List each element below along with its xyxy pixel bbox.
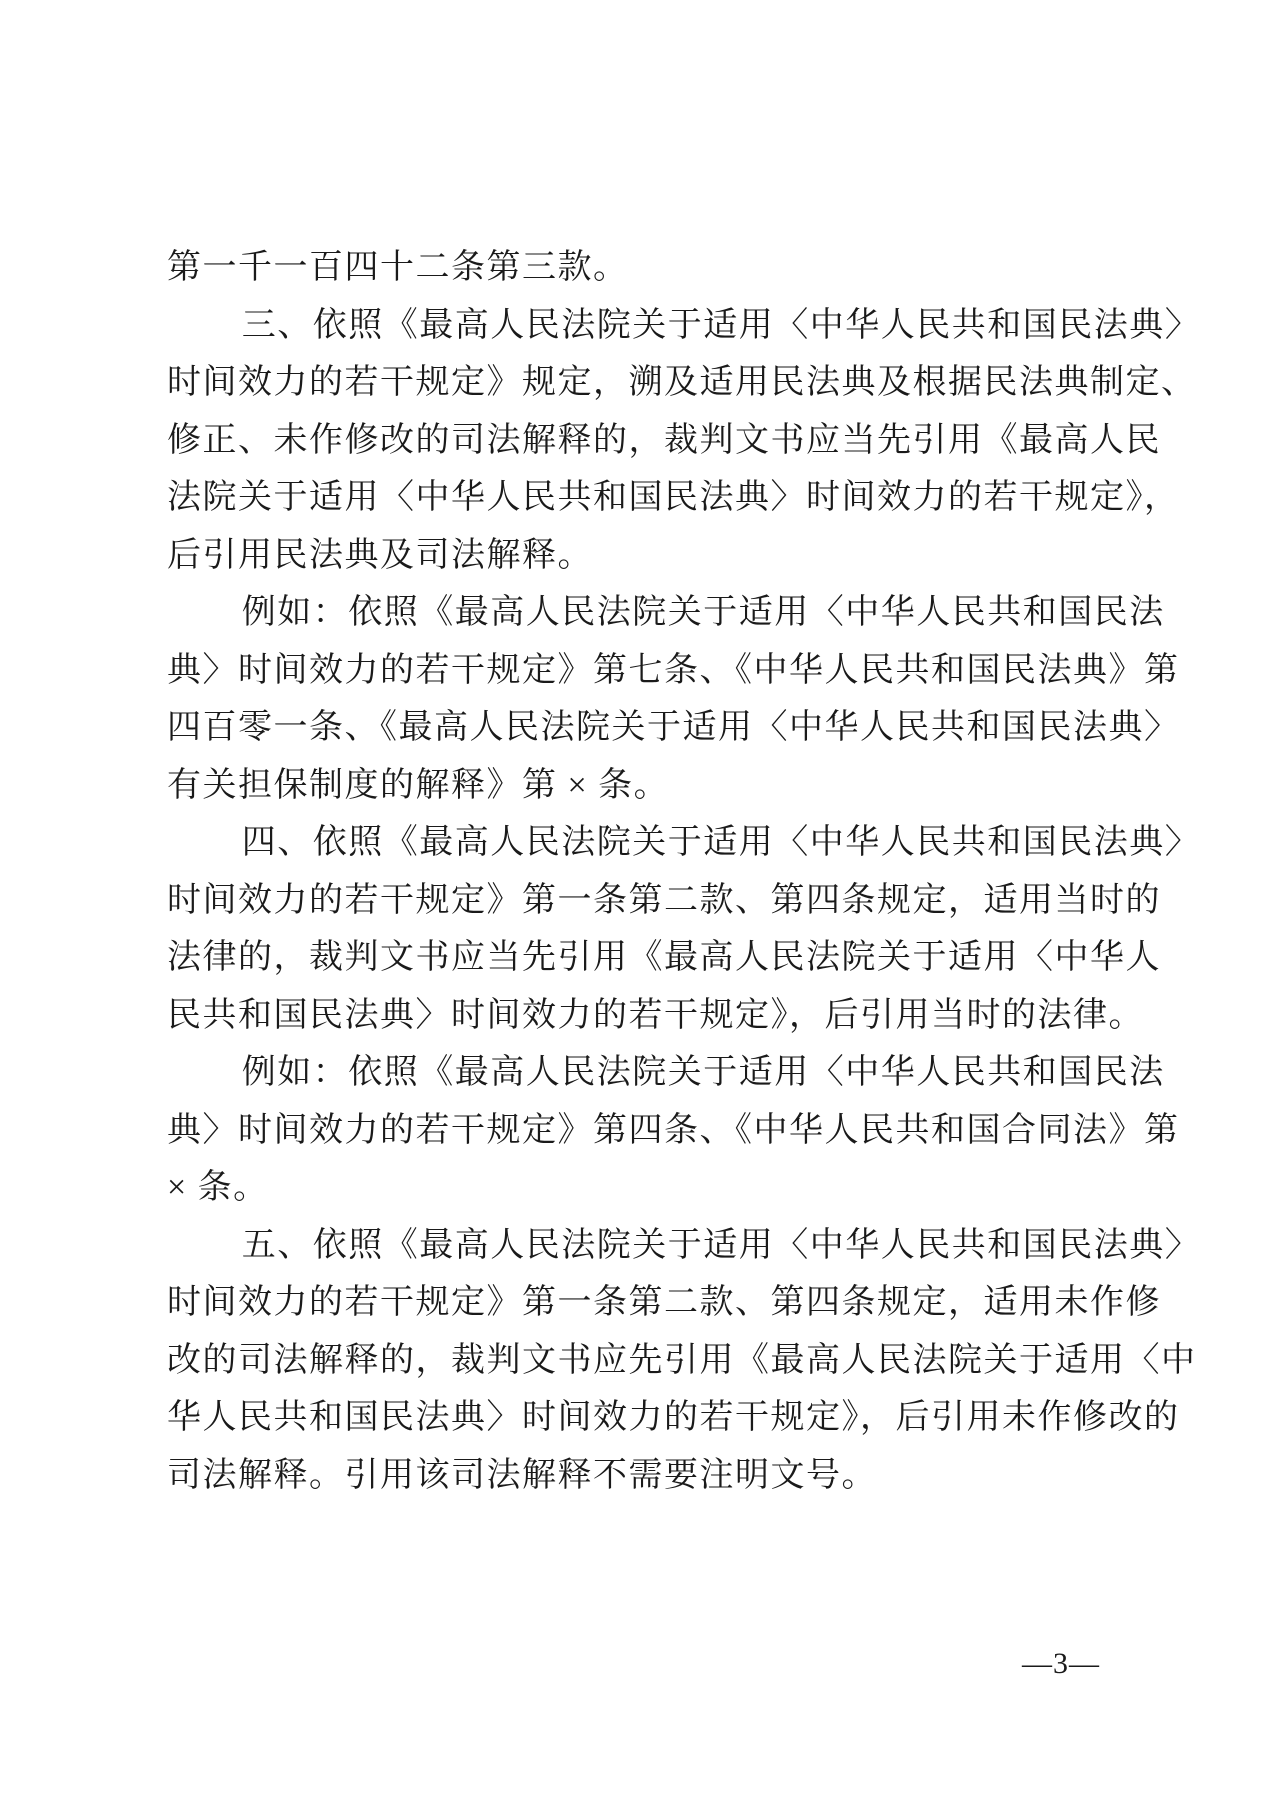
text-line: 华人民共和国民法典〉时间效力的若干规定》，后引用未作修改的 [167,1389,1115,1447]
text-line: 时间效力的若干规定》第一条第二款、第四条规定，适用当时的 [167,872,1115,930]
body-text-block: 第一千一百四十二条第三款。 三、依照《最高人民法院关于适用〈中华人民共和国民法典… [167,239,1115,1504]
text-line: 法院关于适用〈中华人民共和国民法典〉时间效力的若干规定》， [167,469,1115,527]
text-line: 典〉时间效力的若干规定》第四条、《中华人民共和国合同法》第 [167,1102,1115,1160]
text-line: 例如：依照《最高人民法院关于适用〈中华人民共和国民法 [167,584,1115,642]
text-line: 三、依照《最高人民法院关于适用〈中华人民共和国民法典〉 [167,297,1115,355]
text-line: 修正、未作修改的司法解释的，裁判文书应当先引用《最高人民 [167,412,1115,470]
text-line: 第一千一百四十二条第三款。 [167,239,1115,297]
text-line: 例如：依照《最高人民法院关于适用〈中华人民共和国民法 [167,1044,1115,1102]
text-line: 五、依照《最高人民法院关于适用〈中华人民共和国民法典〉 [167,1217,1115,1275]
text-line: 典〉时间效力的若干规定》第七条、《中华人民共和国民法典》第 [167,642,1115,700]
text-line: 司法解释。引用该司法解释不需要注明文号。 [167,1447,1115,1505]
text-line: 时间效力的若干规定》第一条第二款、第四条规定，适用未作修 [167,1274,1115,1332]
document-page: 第一千一百四十二条第三款。 三、依照《最高人民法院关于适用〈中华人民共和国民法典… [0,0,1280,1810]
text-line: 四百零一条、《最高人民法院关于适用〈中华人民共和国民法典〉 [167,699,1115,757]
page-number: —3— [1022,1646,1100,1682]
text-line: 改的司法解释的，裁判文书应先引用《最高人民法院关于适用〈中 [167,1332,1115,1390]
text-line: 时间效力的若干规定》规定，溯及适用民法典及根据民法典制定、 [167,354,1115,412]
text-line: × 条。 [167,1159,1115,1217]
text-line: 后引用民法典及司法解释。 [167,527,1115,585]
text-line: 法律的，裁判文书应当先引用《最高人民法院关于适用〈中华人 [167,929,1115,987]
text-line: 四、依照《最高人民法院关于适用〈中华人民共和国民法典〉 [167,814,1115,872]
text-line: 民共和国民法典〉时间效力的若干规定》，后引用当时的法律。 [167,987,1115,1045]
text-line: 有关担保制度的解释》第 × 条。 [167,757,1115,815]
